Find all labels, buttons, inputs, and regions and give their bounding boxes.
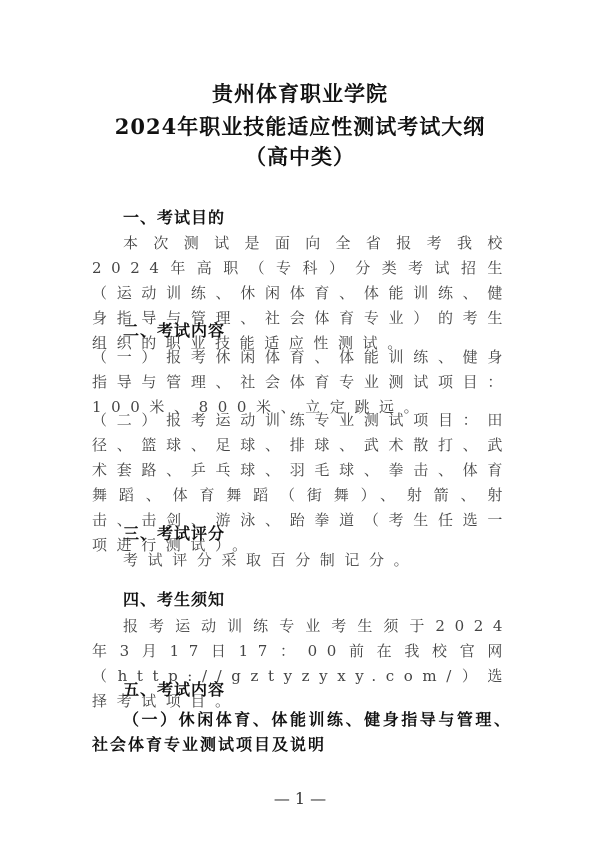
section-heading-exam-content: 五、考试内容	[123, 677, 225, 700]
document-title-category: （高中类）	[0, 141, 600, 171]
document-title-main: 2024年职业技能适应性测试考试大纲	[0, 111, 600, 141]
page-number: — 1 —	[0, 789, 600, 808]
section-heading-scoring: 三、考试评分	[123, 521, 225, 544]
section-heading-notice: 四、考生须知	[123, 587, 225, 610]
document-title-institution: 贵州体育职业学院	[0, 78, 600, 108]
section-heading-content: 二、考试内容	[123, 318, 225, 341]
section-heading-purpose: 一、考试目的	[123, 205, 225, 228]
section-paragraph-scoring: 考试评分采取百分制记分。	[92, 548, 512, 573]
document-page: 贵州体育职业学院 2024年职业技能适应性测试考试大纲 （高中类） 一、考试目的…	[0, 0, 600, 848]
section-paragraph-exam-content: （一）休闲体育、体能训练、健身指导与管理、社会体育专业测试项目及说明	[92, 707, 512, 757]
